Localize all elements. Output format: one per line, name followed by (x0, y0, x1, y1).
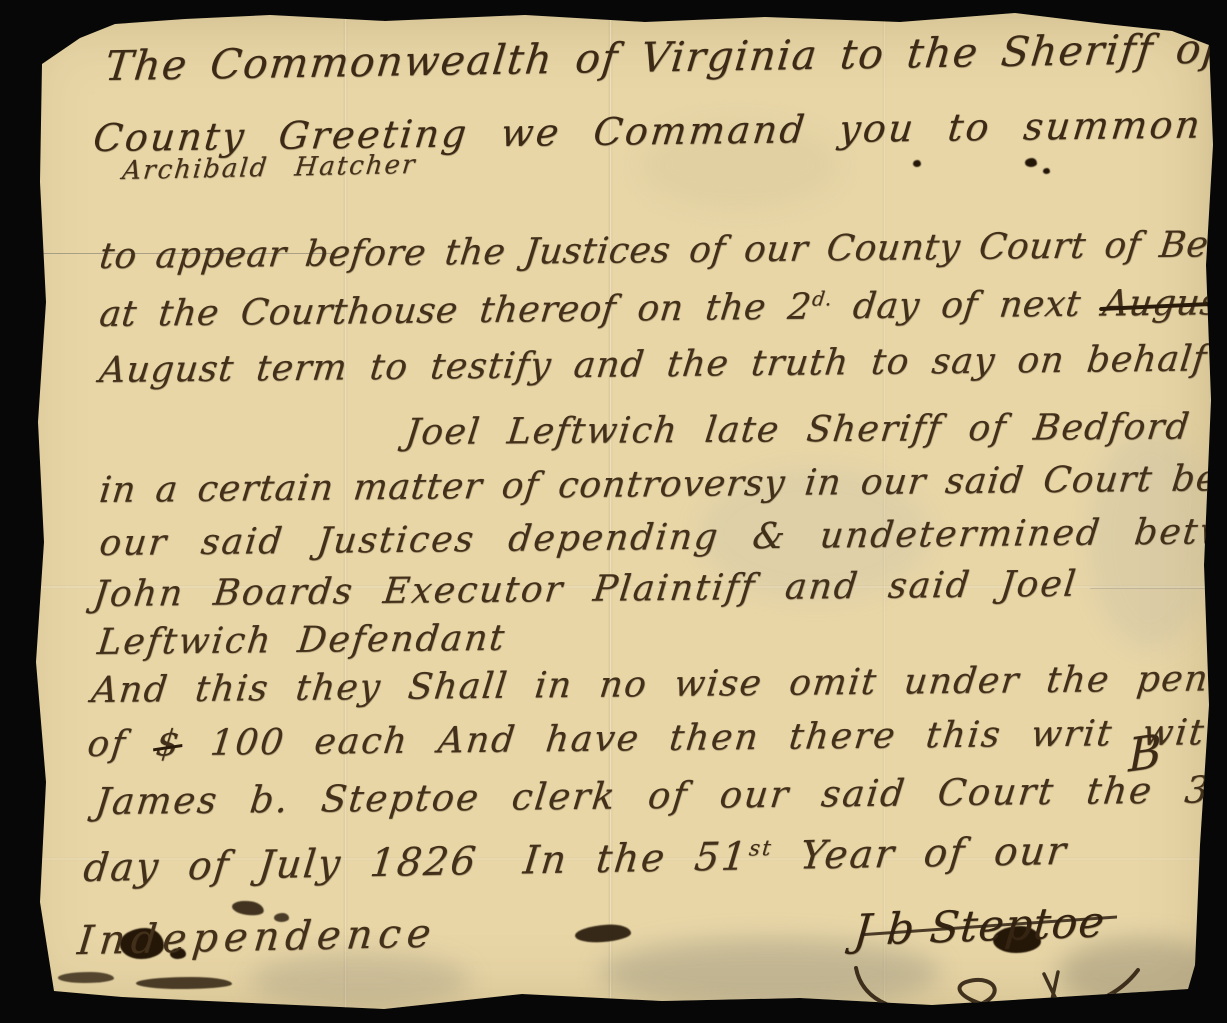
bottom-shadow-smudge (1058, 938, 1227, 1010)
body-line-date: day of July 1826In the 51st Year of our (81, 829, 1070, 891)
crossed-out-dollar-sign: $ (154, 723, 184, 764)
document-paper: The Commonwealth of Virginia to the Sher… (0, 0, 1227, 1023)
ink-speck (1043, 168, 1050, 174)
ink-speck (913, 160, 921, 167)
scratch-line (1090, 588, 1205, 589)
date-day-of-july: day of July 1826 (81, 839, 480, 891)
year-of-independence-pre: In the 51 (521, 834, 751, 883)
body-line-penalty: And this they Shall in no wise omit unde… (89, 658, 1227, 712)
summoned-person-name: Archibald Hatcher (121, 150, 418, 186)
body-line-plaintiff: John Boards Executor Plaintiff and said … (91, 564, 1079, 615)
clerk-signature: J b Steptoe (852, 897, 1108, 956)
heading-line-greeting: County Greeting we Command you to summon (91, 102, 1204, 160)
body-line-controversy: in a certain matter of controversy in ou… (97, 457, 1227, 511)
body-line-august-term: August term to testify and the truth to … (97, 338, 1227, 391)
body-line-courthouse: at the Courthouse thereof on the 2d. day… (97, 282, 1227, 335)
body-line-100-each: of $ 100 each And have then there this w… (85, 711, 1227, 765)
body-line-joel-leftwich: Joel Leftwich late Sheriff of Bedford (403, 407, 1192, 454)
heading-line-commonwealth: The Commonwealth of Virginia to the Sher… (103, 25, 1222, 91)
scan-background: The Commonwealth of Virginia to the Sher… (0, 0, 1227, 1023)
body-line-justices: our said Justices depending & undetermin… (97, 510, 1227, 564)
signature-flourish (848, 948, 1148, 1023)
ink-speck (1025, 158, 1037, 167)
body-line-100-pre: of (85, 723, 158, 765)
body-line-100-post: 100 each And have then there this writ w… (179, 711, 1227, 764)
ink-blot (574, 923, 631, 944)
body-line-clerk-text: James b. Steptoe clerk of our said Court… (93, 768, 1227, 823)
body-line-defendant: Leftwich Defendant (95, 618, 508, 663)
ordinal-superscript: d. (811, 287, 834, 310)
body-line-independence: Independence (75, 910, 439, 964)
crossed-out-word: August (1100, 282, 1227, 324)
body-line-courthouse-text: at the Courthouse thereof on the 2 (97, 287, 813, 336)
ink-smear (58, 972, 114, 983)
body-line-appear: to appear before the Justices of our Cou… (97, 223, 1227, 277)
year-of-independence-post: Year of our (769, 829, 1069, 879)
body-line-courthouse-mid: day of next (829, 283, 1105, 327)
ink-smear (136, 977, 232, 989)
pen-flourish-mark: B (1128, 723, 1161, 782)
ordinal-superscript: st (748, 836, 774, 861)
body-line-clerk: James b. Steptoe clerk of our said Court… (93, 768, 1227, 823)
bottom-shadow-smudge (250, 953, 470, 1008)
